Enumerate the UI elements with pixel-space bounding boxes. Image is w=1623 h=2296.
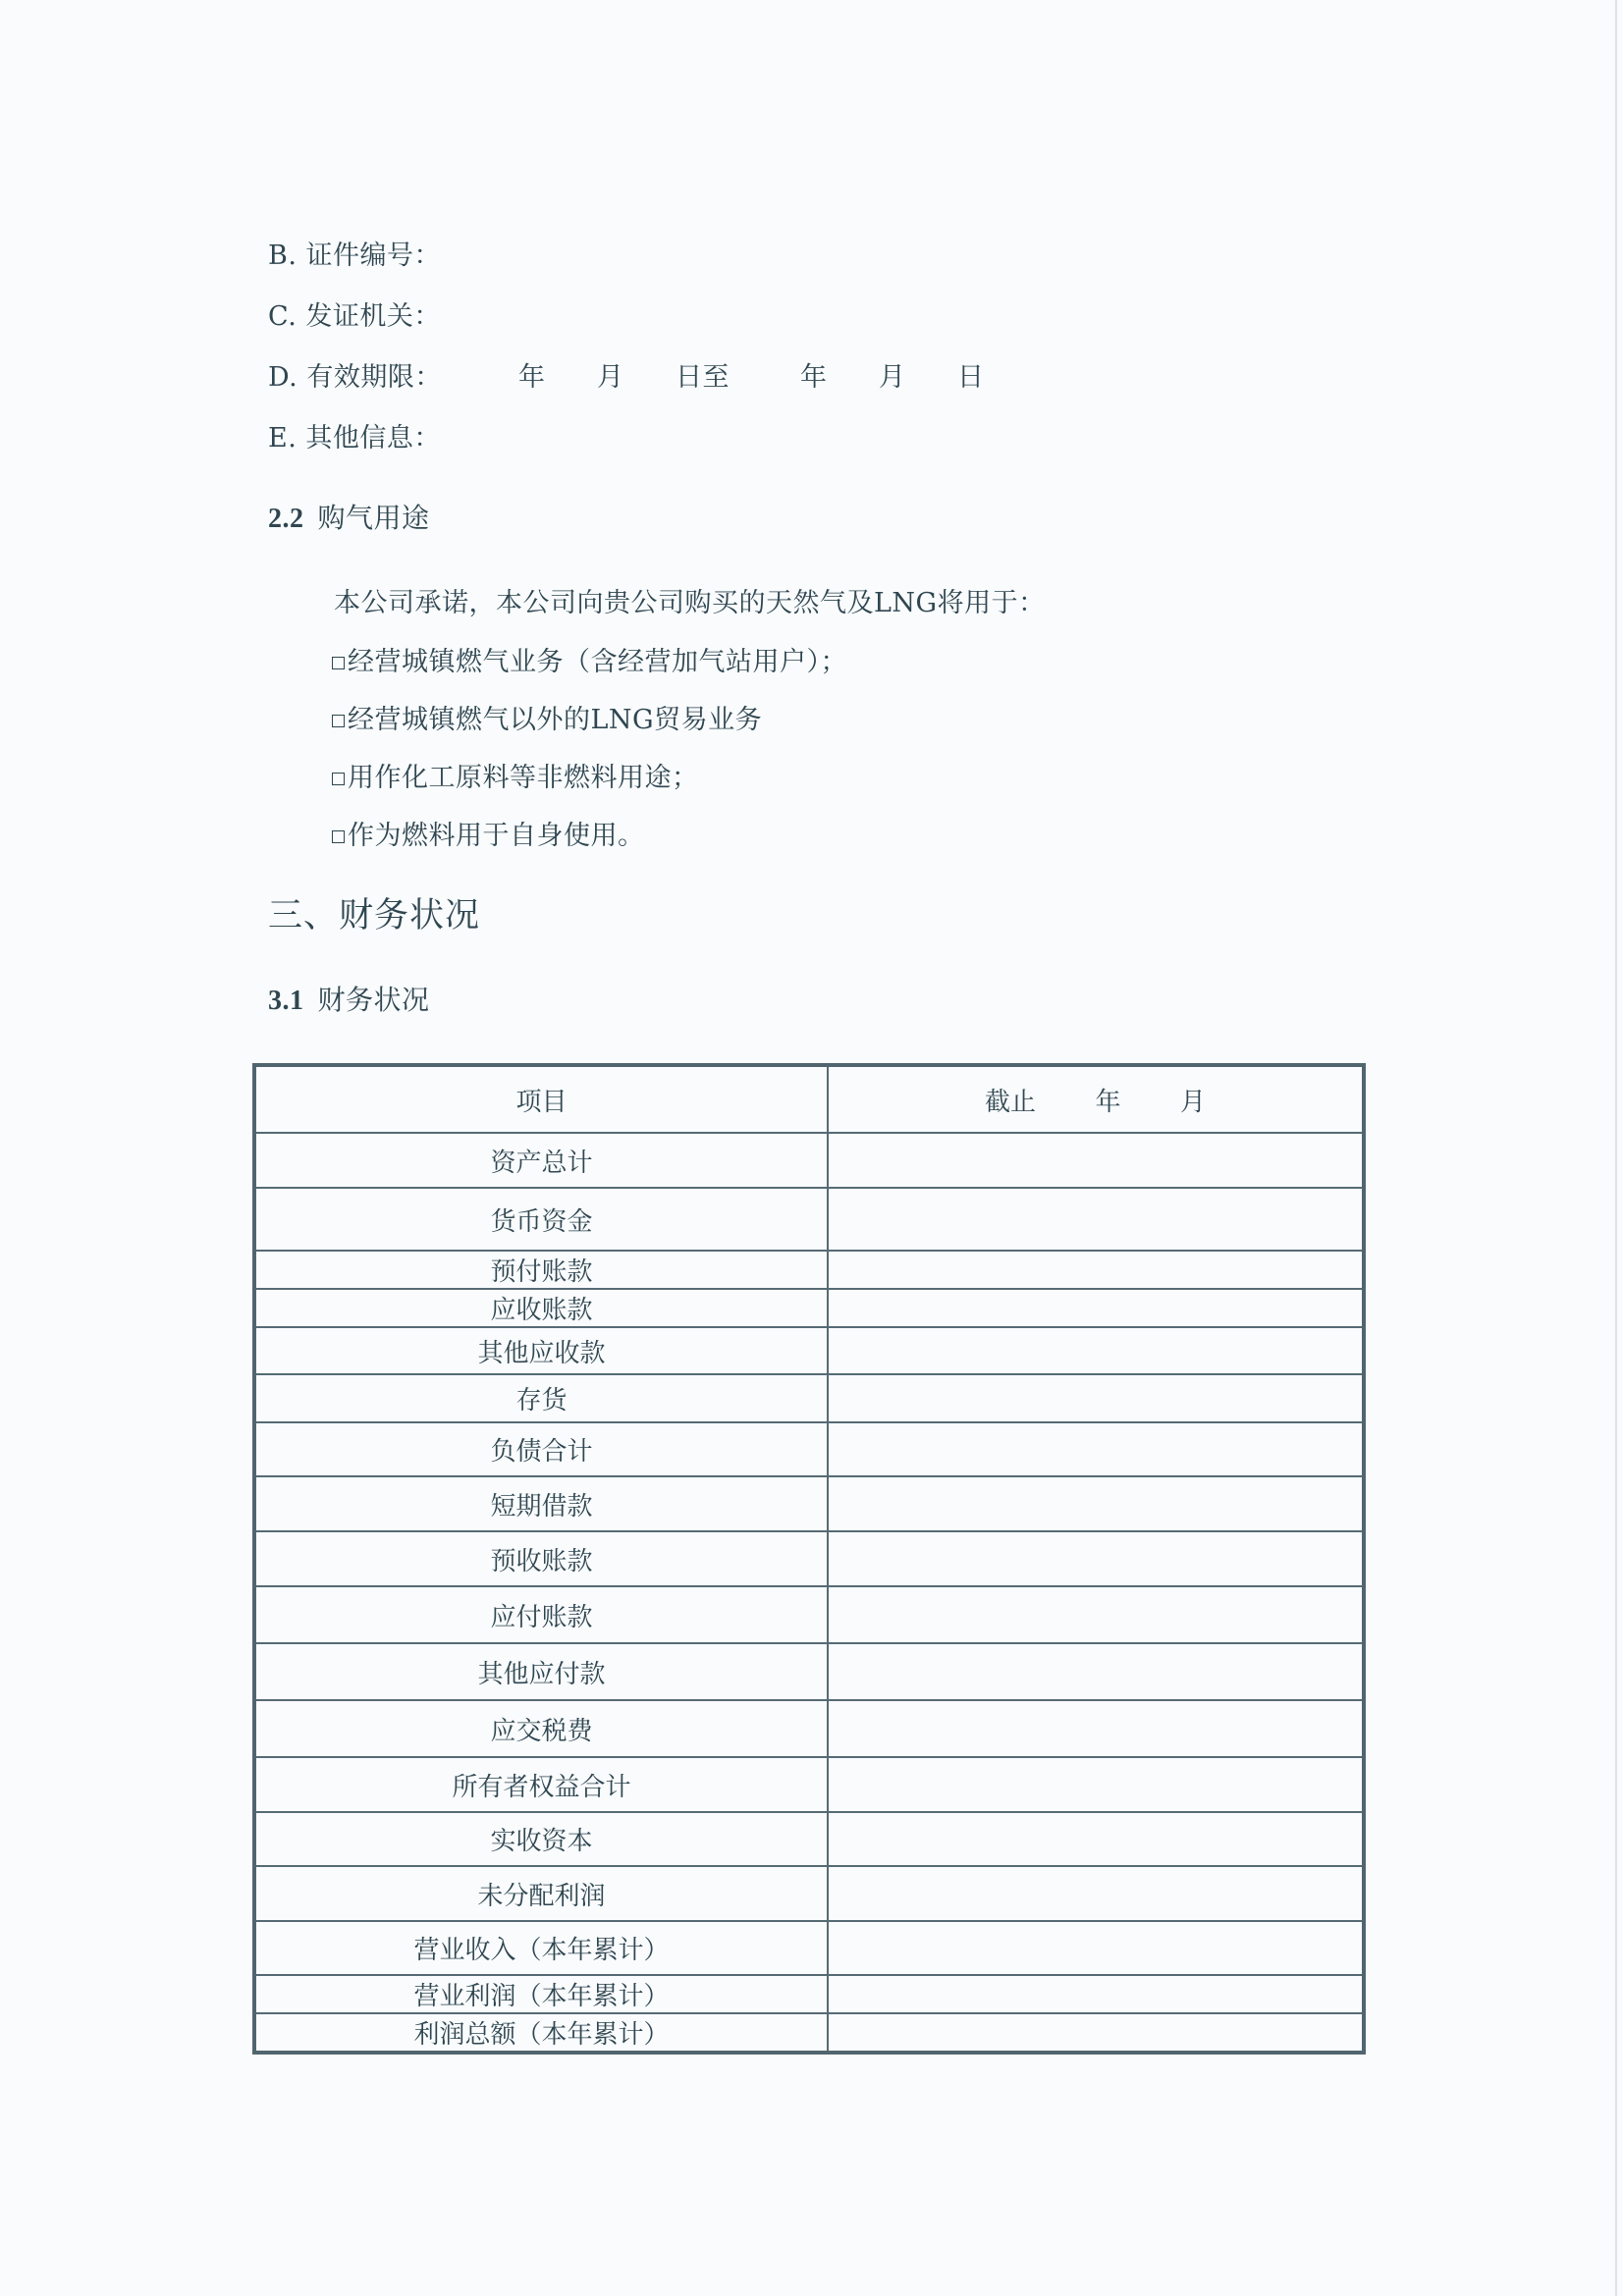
row-value[interactable] bbox=[828, 1327, 1364, 1374]
field-label: D. 有效期限： bbox=[268, 355, 442, 394]
option-label: 作为燃料用于自身使用。 bbox=[348, 821, 645, 851]
table-row: 资产总计 bbox=[254, 1133, 1364, 1188]
field-validity-period: D. 有效期限： bbox=[268, 355, 442, 394]
table-row: 负债合计 bbox=[254, 1422, 1364, 1476]
row-value[interactable] bbox=[828, 1422, 1364, 1476]
checkbox-icon[interactable] bbox=[332, 773, 345, 785]
option-label: 经营城镇燃气业务（含经营加气站用户）； bbox=[348, 647, 847, 677]
table-row: 应付账款 bbox=[254, 1586, 1364, 1643]
option-label: 经营城镇燃气以外的LNG贸易业务 bbox=[348, 705, 762, 735]
table-row: 实收资本 bbox=[254, 1812, 1364, 1866]
financial-status-table: 项目 截止 年 月 资产总计 货币资金 预付账款 应收账款 其他应收款 存货 负… bbox=[252, 1063, 1366, 2055]
row-value[interactable] bbox=[828, 1289, 1364, 1327]
header-year: 年 bbox=[1095, 1082, 1120, 1118]
row-value[interactable] bbox=[828, 1188, 1364, 1251]
validity-month-2: 月 bbox=[879, 355, 906, 394]
row-label: 预收账款 bbox=[254, 1531, 828, 1586]
row-value[interactable] bbox=[828, 1643, 1364, 1700]
section-2-2-heading: 2.2购气用途 bbox=[268, 497, 430, 536]
row-value[interactable] bbox=[828, 1757, 1364, 1812]
validity-day-2: 日 bbox=[957, 355, 985, 394]
row-label: 其他应付款 bbox=[254, 1643, 828, 1700]
row-value[interactable] bbox=[828, 1866, 1364, 1921]
row-label: 营业利润（本年累计） bbox=[254, 1975, 828, 2013]
checkbox-icon[interactable] bbox=[332, 830, 345, 843]
checkbox-icon[interactable] bbox=[332, 657, 345, 669]
header-date-prefix: 截止 bbox=[985, 1082, 1036, 1118]
purpose-option-city-gas[interactable]: 经营城镇燃气业务（含经营加气站用户）； bbox=[332, 640, 847, 678]
table-row: 应交税费 bbox=[254, 1700, 1364, 1757]
row-label: 所有者权益合计 bbox=[254, 1757, 828, 1812]
purpose-intro: 本公司承诺，本公司向贵公司购买的天然气及LNG将用于： bbox=[334, 581, 1046, 619]
row-label: 实收资本 bbox=[254, 1812, 828, 1866]
table-row: 未分配利润 bbox=[254, 1866, 1364, 1921]
row-label: 预付账款 bbox=[254, 1251, 828, 1289]
row-label: 未分配利润 bbox=[254, 1866, 828, 1921]
table-row: 其他应付款 bbox=[254, 1643, 1364, 1700]
field-label: C. 发证机关： bbox=[268, 294, 441, 333]
purpose-option-self-fuel[interactable]: 作为燃料用于自身使用。 bbox=[332, 814, 645, 852]
row-label: 应付账款 bbox=[254, 1586, 828, 1643]
validity-day-1-to: 日至 bbox=[676, 355, 730, 394]
table-row: 营业利润（本年累计） bbox=[254, 1975, 1364, 2013]
row-value[interactable] bbox=[828, 1975, 1364, 2013]
header-date: 截止 年 月 bbox=[828, 1065, 1364, 1133]
table-row: 利润总额（本年累计） bbox=[254, 2013, 1364, 2053]
table-row: 预付账款 bbox=[254, 1251, 1364, 1289]
validity-year-1: 年 bbox=[518, 355, 546, 394]
purpose-option-chemical-feedstock[interactable]: 用作化工原料等非燃料用途； bbox=[332, 756, 699, 794]
row-label: 负债合计 bbox=[254, 1422, 828, 1476]
table-row: 短期借款 bbox=[254, 1476, 1364, 1531]
section-title: 财务状况 bbox=[318, 984, 430, 1016]
validity-year-2: 年 bbox=[800, 355, 828, 394]
field-label: B. 证件编号： bbox=[268, 234, 441, 272]
table-row: 货币资金 bbox=[254, 1188, 1364, 1251]
row-value[interactable] bbox=[828, 1531, 1364, 1586]
field-other-info: E. 其他信息： bbox=[268, 416, 441, 454]
row-value[interactable] bbox=[828, 1921, 1364, 1975]
section-3-heading: 三、财务状况 bbox=[268, 888, 480, 937]
table-row: 应收账款 bbox=[254, 1289, 1364, 1327]
row-label: 应交税费 bbox=[254, 1700, 828, 1757]
option-label: 用作化工原料等非燃料用途； bbox=[348, 763, 699, 793]
row-value[interactable] bbox=[828, 2013, 1364, 2053]
purpose-option-lng-trade[interactable]: 经营城镇燃气以外的LNG贸易业务 bbox=[332, 698, 762, 736]
row-label: 存货 bbox=[254, 1374, 828, 1422]
table-row: 所有者权益合计 bbox=[254, 1757, 1364, 1812]
row-value[interactable] bbox=[828, 1700, 1364, 1757]
section-number: 3.1 bbox=[268, 986, 304, 1016]
row-value[interactable] bbox=[828, 1374, 1364, 1422]
section-number: 2.2 bbox=[268, 504, 304, 534]
table-row: 存货 bbox=[254, 1374, 1364, 1422]
row-label: 利润总额（本年累计） bbox=[254, 2013, 828, 2053]
field-issuing-authority: C. 发证机关： bbox=[268, 294, 441, 333]
section-3-1-heading: 3.1财务状况 bbox=[268, 979, 430, 1018]
table-header-row: 项目 截止 年 月 bbox=[254, 1065, 1364, 1133]
checkbox-icon[interactable] bbox=[332, 715, 345, 727]
row-label: 其他应收款 bbox=[254, 1327, 828, 1374]
row-label: 营业收入（本年累计） bbox=[254, 1921, 828, 1975]
row-label: 应收账款 bbox=[254, 1289, 828, 1327]
row-label: 短期借款 bbox=[254, 1476, 828, 1531]
row-value[interactable] bbox=[828, 1586, 1364, 1643]
row-value[interactable] bbox=[828, 1812, 1364, 1866]
table-row: 其他应收款 bbox=[254, 1327, 1364, 1374]
row-value[interactable] bbox=[828, 1133, 1364, 1188]
row-label: 资产总计 bbox=[254, 1133, 828, 1188]
row-value[interactable] bbox=[828, 1251, 1364, 1289]
header-item: 项目 bbox=[254, 1065, 828, 1133]
field-cert-number: B. 证件编号： bbox=[268, 234, 441, 272]
row-label: 货币资金 bbox=[254, 1188, 828, 1251]
validity-month-1: 月 bbox=[597, 355, 624, 394]
page-edge bbox=[1615, 0, 1617, 2296]
field-label: E. 其他信息： bbox=[268, 416, 441, 454]
header-month: 月 bbox=[1180, 1082, 1206, 1118]
table-row: 预收账款 bbox=[254, 1531, 1364, 1586]
row-value[interactable] bbox=[828, 1476, 1364, 1531]
section-title: 购气用途 bbox=[318, 502, 430, 534]
table-row: 营业收入（本年累计） bbox=[254, 1921, 1364, 1975]
